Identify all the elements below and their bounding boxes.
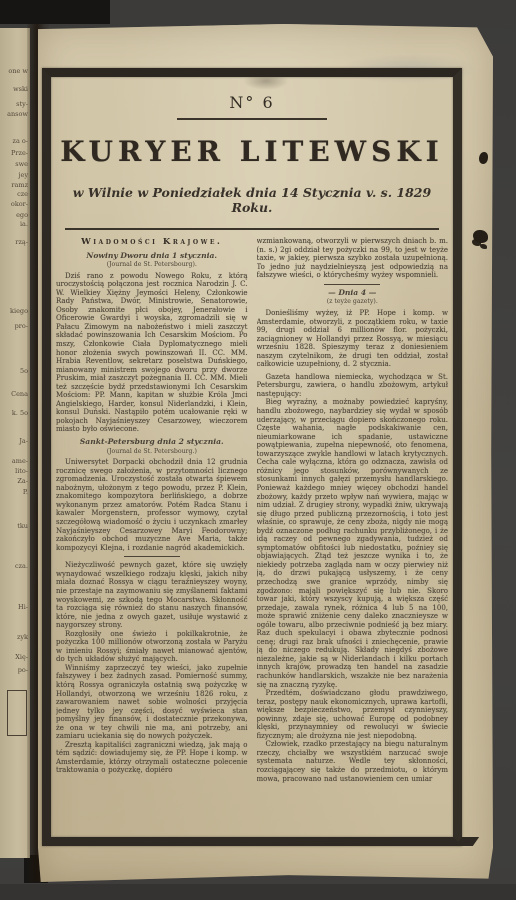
- article-paragraph: Bieg wyraźny, a możnaby powiedzieć kapry…: [257, 398, 449, 689]
- article-paragraph: Uniwersytet Dorpacki obchodził dnia 12 g…: [56, 458, 248, 552]
- issue-rule: [177, 118, 327, 120]
- margin-text-fragment: pro-: [15, 323, 28, 330]
- article-paragraph: Nieżyczliwość pewnych gazet, które się u…: [56, 561, 248, 629]
- margin-text-fragment: Cena: [11, 391, 28, 398]
- sub-source: (z teyże gazety).: [257, 298, 449, 307]
- article-paragraph: Przedtém, doświadczano głodu prawdziwego…: [257, 689, 449, 740]
- adjacent-page-edge: one w wski sty- ansow za o- Prze- swe je…: [0, 28, 30, 858]
- margin-text-fragment: okor-: [11, 201, 28, 208]
- article-paragraph: Gazeta handlowa niemiecka, wychodząca w …: [257, 373, 449, 399]
- margin-text-fragment: wski: [13, 86, 28, 93]
- photo-corner-black: [0, 0, 110, 24]
- masthead-dateline: w Wilnie w Poniedziałek dnia 14 Stycznia…: [51, 185, 453, 215]
- newspaper-title: KURYER LITEWSKI: [51, 135, 453, 168]
- printed-border-frame: N° 6 KURYER LITEWSKI w Wilnie w Poniedzi…: [42, 68, 462, 846]
- newspaper-scan: one w wski sty- ansow za o- Prze- swe je…: [0, 0, 516, 900]
- column-divider-rule: [124, 556, 180, 557]
- right-column: wzmiankowaną, otworzyli w pierwszych dni…: [257, 237, 449, 829]
- margin-text-fragment: ansow: [7, 111, 28, 118]
- newspaper-page: N° 6 KURYER LITEWSKI w Wilnie w Poniedzi…: [38, 24, 493, 882]
- article-paragraph: Zresztą kapitaliści zagraniczni wiedzą, …: [56, 741, 248, 775]
- left-column: Wiadomości Krajowe. Nowiny Dworu dnia 1 …: [56, 237, 248, 829]
- photo-backdrop-shade: [0, 884, 516, 900]
- article-paragraph: Winniśmy zaprzeczyć tey wieści, jako zup…: [56, 664, 248, 741]
- article-paragraph: Dziś rano z powodu Nowego Roku, z którą …: [56, 272, 248, 434]
- article-paragraph: wzmiankowaną, otworzyli w pierwszych dni…: [257, 237, 449, 280]
- body-columns: Wiadomości Krajowe. Nowiny Dworu dnia 1 …: [51, 230, 453, 829]
- article-title: Sankt-Petersburg dnia 2 stycznia.: [56, 438, 248, 447]
- margin-text-fragment: ame-: [12, 458, 28, 465]
- margin-text-fragment: ramz: [11, 182, 28, 189]
- article-paragraph: Rozgłosiły one świeżo i pokilkakrotnie, …: [56, 630, 248, 664]
- margin-text-fragment: Prze-: [11, 150, 28, 157]
- issue-number: N° 6: [51, 93, 453, 112]
- article-title: Nowiny Dworu dnia 1 stycznia.: [56, 252, 248, 261]
- column-divider-rule: [324, 284, 380, 285]
- ink-blot: [473, 230, 488, 243]
- article-source: (Journal de St. Petersbourg.): [56, 448, 248, 457]
- margin-text-fragment: kiego: [10, 308, 28, 315]
- section-header: Wiadomości Krajowe.: [56, 238, 248, 247]
- article-source: (Journal de St. Petersbourg).: [56, 261, 248, 270]
- article-paragraph: Człowiek, rzadko przestający na biegu na…: [257, 740, 449, 783]
- margin-box-fragment: [7, 690, 27, 736]
- margin-text-fragment: one w: [8, 68, 28, 75]
- sub-dateline: — Dnia 4 —: [257, 289, 449, 298]
- masthead: N° 6 KURYER LITEWSKI w Wilnie w Poniedzi…: [51, 93, 453, 230]
- margin-text-fragment: za o-: [13, 138, 28, 145]
- article-paragraph: Donieśliśmy wyżey, iż PP. Hope i komp. w…: [257, 309, 449, 369]
- margin-text-fragment: k. 5o: [12, 410, 28, 417]
